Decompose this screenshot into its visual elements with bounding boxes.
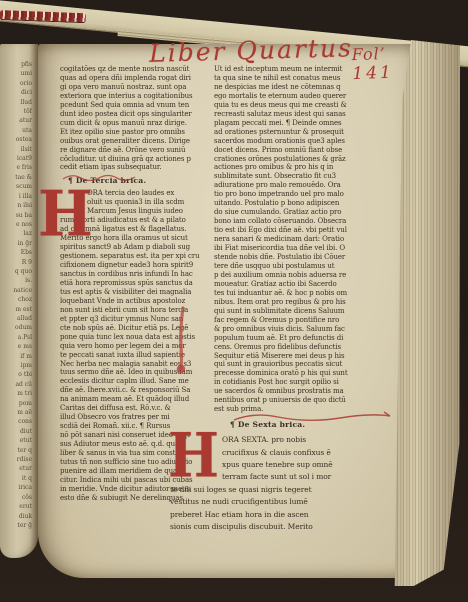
text-line: moueatur. Gratiaz actio ibi Sacerdo (214, 280, 358, 289)
text-line: nibus. Item orat pro regibus & pro his (214, 298, 358, 307)
folio-label: Fol’ (351, 44, 386, 64)
text-line: tes tui induantur aē. & hoc p nobis om (214, 289, 358, 298)
facing-page-text-fragments: pfisumioriodicilludtōfaturutaosteailsiti… (2, 60, 32, 546)
text-line: icat9 (2, 154, 32, 163)
text-line: m tri (2, 389, 32, 398)
fore-edge-page-stack (392, 40, 460, 586)
left-paragraph-1: cogitatōes qz de mente nostra nascūtquas… (60, 65, 201, 172)
text-line: tōf (2, 107, 32, 116)
text-line: loquebant Vnde in actibus apostoloz (60, 297, 201, 306)
text-line: Sequitur etiā Miserere mei deus p his (214, 352, 358, 361)
text-line: tae & (2, 173, 32, 182)
text-line: preberet Hac etiam hora in die ascen (170, 509, 358, 521)
text-line: cōcluditur. ut diuina grā qz actiones p (60, 155, 201, 164)
text-line: populum tuum aē. Et pro defunctis di (214, 334, 358, 343)
text-line: i illa (2, 192, 32, 201)
book-photo-scene: { "colors": { "background": "#241c16", "… (0, 0, 468, 602)
text-line: re dignare dñe aē. Orōne vero suniū (60, 146, 201, 155)
text-line: adiuratione pro malo remouēdo. Ora (214, 181, 358, 190)
red-gutter-stroke (176, 306, 190, 376)
text-line: llud (2, 98, 32, 107)
text-line: tus est aptis & visibiliter dei magnalia (60, 288, 201, 297)
text-line: xpus quare tenebre sup omnē (222, 459, 358, 471)
text-line: stende nobis dñe. Postulatio ibi Cōuer (214, 253, 358, 262)
text-line: ne despicias me idest ne cōtemnas q (214, 83, 358, 92)
text-line: plagam peccati mei. ¶ Deinde omnes (214, 119, 358, 128)
text-line: tio est ibi Ego dixi dñe aē. vbi petit v… (214, 226, 358, 235)
text-line: ad orationes psternuntur & prosequit (214, 128, 358, 137)
red-initial-h-tercia: H (38, 183, 93, 246)
text-line: recreasti salutaz meus idest qui sanas (214, 110, 358, 119)
right-paragraph-1: Ut id est inceptum meum ne intermitta qu… (214, 65, 358, 414)
text-line: ecclesiis dicitur caplm illud. Sane me (60, 377, 201, 386)
text-line: exteriora que interius a cogitationibus (60, 92, 201, 101)
text-line: ad cū (2, 380, 32, 389)
folio-number: Fol’ 141 (351, 43, 414, 84)
text-line: gestionem. separatus est. ita per xpi cr… (60, 252, 201, 261)
text-line: ue sacerdos & omnibus prostratis ma (214, 387, 358, 396)
red-initial-h-sexta: H (168, 425, 219, 485)
text-line: ostea (2, 135, 32, 144)
text-line: na animam meam aē. Et quādoq illud (60, 395, 201, 404)
right-paragraph-2: H ORA SEXTA. pro nobiscrucifixus & claui… (170, 434, 358, 533)
right-paragraph-2-body: te dñi sui loges se quasi nigris tegeret… (170, 484, 358, 534)
text-line: if m (2, 352, 32, 361)
text-line: quia tu es deus meus qui me creasti & (214, 101, 358, 110)
text-line: qui sunt in grauioribus peccatis sicut (214, 360, 358, 369)
text-line: su ba (2, 211, 32, 220)
text-line: uitando. Postulatio p bono adipiscen (214, 199, 358, 208)
text-line: fac regem & Oremus p pontifice nro (214, 316, 358, 325)
text-line: cedit etiam ipas subsequatur. (60, 163, 201, 172)
text-line: diuk (2, 512, 32, 521)
text-line: etiā hora repromissus spūs sanctus da (60, 279, 201, 288)
text-line: bono iam collato cōseruando. Obsecra (214, 217, 358, 226)
text-line: e fris (2, 163, 32, 172)
text-line: cifixionem dignetur eade3 hora spirit9 (60, 261, 201, 270)
text-line: cens. Oremus pro fidelibus defunctis (214, 343, 358, 352)
text-line: ter q (2, 446, 32, 455)
text-line: Et itez opilio siue pastor pro omnibs (60, 128, 201, 137)
text-line: a.Psl (2, 333, 32, 342)
text-line: p dei auxilium omnia nobis aduersa re (214, 271, 358, 280)
text-line: cum dicit & opus manuū nraz dirige. (60, 119, 201, 128)
text-line: erut (2, 502, 32, 511)
text-line: diut (2, 427, 32, 436)
text-line: ORA tercia deo laudes ex (87, 189, 201, 198)
text-line: ilsit (2, 145, 32, 154)
text-line: dñe aē. Ihere.xvii.c. & responsoriū Sa (60, 386, 201, 395)
text-line: oluit us quonia3 in illa scdm (87, 198, 201, 207)
text-line: etut (2, 436, 32, 445)
text-line: nera sanari & medicinam dari: Oratio (214, 235, 358, 244)
running-title: Liber Quartus (116, 32, 387, 69)
text-line: terram facte sunt ut sol i mor (222, 471, 358, 483)
text-line: & pro omnibus viuis dicis. Saluum fac (214, 325, 358, 334)
text-line: tio pro bono impetrando uel pro malo (214, 190, 358, 199)
text-line: do siue cumulando. Gratiaz actio pro (214, 208, 358, 217)
text-line: dunt ideo postea dicit ops singulariter (60, 110, 201, 119)
text-line: umi (2, 69, 32, 78)
text-line: ouibus orat generaliter dicens. Dirige (60, 137, 201, 146)
text-line: ego mortalis te eternum audeo querer (214, 92, 358, 101)
text-line: R 9 (2, 258, 32, 267)
text-line: in ḡr (2, 239, 32, 248)
text-line: sublimitate sunt. Obsecratio fit cu3 (214, 172, 358, 181)
text-line: Ebs (2, 248, 32, 257)
text-line: sacerdos modum orationis que3 aples (214, 137, 358, 146)
text-line: Marcum Jesus linguis iudeo (87, 207, 201, 216)
text-line: vestitus ne nudi crucifigentibus lumē (170, 496, 358, 508)
text-line: ta qua sine te nihil est conatus meus (214, 74, 358, 83)
text-line: ipm (2, 361, 32, 370)
text-line: uta (2, 126, 32, 135)
text-line: choz (2, 295, 32, 304)
text-line: ter ḡ (2, 521, 32, 530)
text-line: e ms (2, 342, 32, 351)
text-line: dici (2, 88, 32, 97)
text-line: sanctus in cordibus nris infundi In hac (60, 270, 201, 279)
text-line: cogitatōes qz de mente nostra nascūt (60, 65, 201, 74)
text-line: precesse dominica oratō p his qui sunt (214, 369, 358, 378)
text-line: actiones pro omibus & pro his q in (214, 163, 358, 172)
right-column: Ut id est inceptum meum ne intermitta qu… (214, 65, 358, 533)
text-line: crucifixus & clauis confixus ē (222, 447, 358, 459)
text-line: Caritas dei diffusa est. Rō.v.c. & (60, 404, 201, 413)
facing-page-sliver: pfisumioriodicilludtōfaturutaosteailsiti… (0, 44, 38, 558)
text-line: m aē (2, 408, 32, 417)
text-line: crationes orōnes postulationes & grāz (214, 155, 358, 164)
right-paragraph-2-indented: ORA SEXTA. pro nobiscrucifixus & clauis … (222, 434, 358, 484)
text-line: pom (2, 399, 32, 408)
text-line: etur (2, 464, 32, 473)
text-line: docet dicens. Primo omniū fiant obse (214, 146, 358, 155)
text-line: quas ad opera dñi implenda rogat diri (60, 74, 201, 83)
text-line: o tbi (2, 370, 32, 379)
text-line: qui sunt in sublimitate dicens Saluum (214, 307, 358, 316)
text-line: it q (2, 474, 32, 483)
text-line: laz (2, 229, 32, 238)
text-line: q quo (2, 267, 32, 276)
text-line: e nos (2, 220, 32, 229)
text-line: scum (2, 182, 32, 191)
text-line: cōs (2, 493, 32, 502)
text-line: ORA SEXTA. pro nobis (222, 434, 358, 446)
text-line: orio (2, 79, 32, 88)
text-line: cons (2, 417, 32, 426)
book-page: Liber Quartus Fol’ 141 cogitatōes qz de … (38, 44, 414, 578)
text-line: is. (2, 276, 32, 285)
folio-value: 141 (352, 63, 394, 84)
text-line: m est (2, 305, 32, 314)
text-line: nentibus orat p uniuersis de quo dictū (214, 396, 358, 405)
text-line: allud (2, 314, 32, 323)
text-line: Ut id est inceptum meum ne intermit (214, 65, 358, 74)
red-flourish-right (232, 411, 392, 423)
text-line: natice (2, 286, 32, 295)
left-paragraph-2-indented: ORA tercia deo laudes exoluit us quonia3… (87, 189, 201, 216)
text-line: pcedunt Sed quia omnia ad vnum ten (60, 101, 201, 110)
text-line: odum (2, 323, 32, 332)
text-line: irica (2, 483, 32, 492)
text-line: in cotidianis Post hoc surgit opilio si (214, 378, 358, 387)
text-line: ibi Fiat misericordia tua dñe vel ibi. O (214, 244, 358, 253)
text-line: sionis cum discipulis discubuit. Merito (170, 521, 358, 533)
text-line: pfis (2, 60, 32, 69)
text-line: atur (2, 116, 32, 125)
text-line: tere dñe usqquo ubi postulamus ut (214, 262, 358, 271)
text-line: gi opa vero manuū nostraz. sunt opa (60, 83, 201, 92)
text-line: rdise (2, 455, 32, 464)
text-line: n ilsi (2, 201, 32, 210)
